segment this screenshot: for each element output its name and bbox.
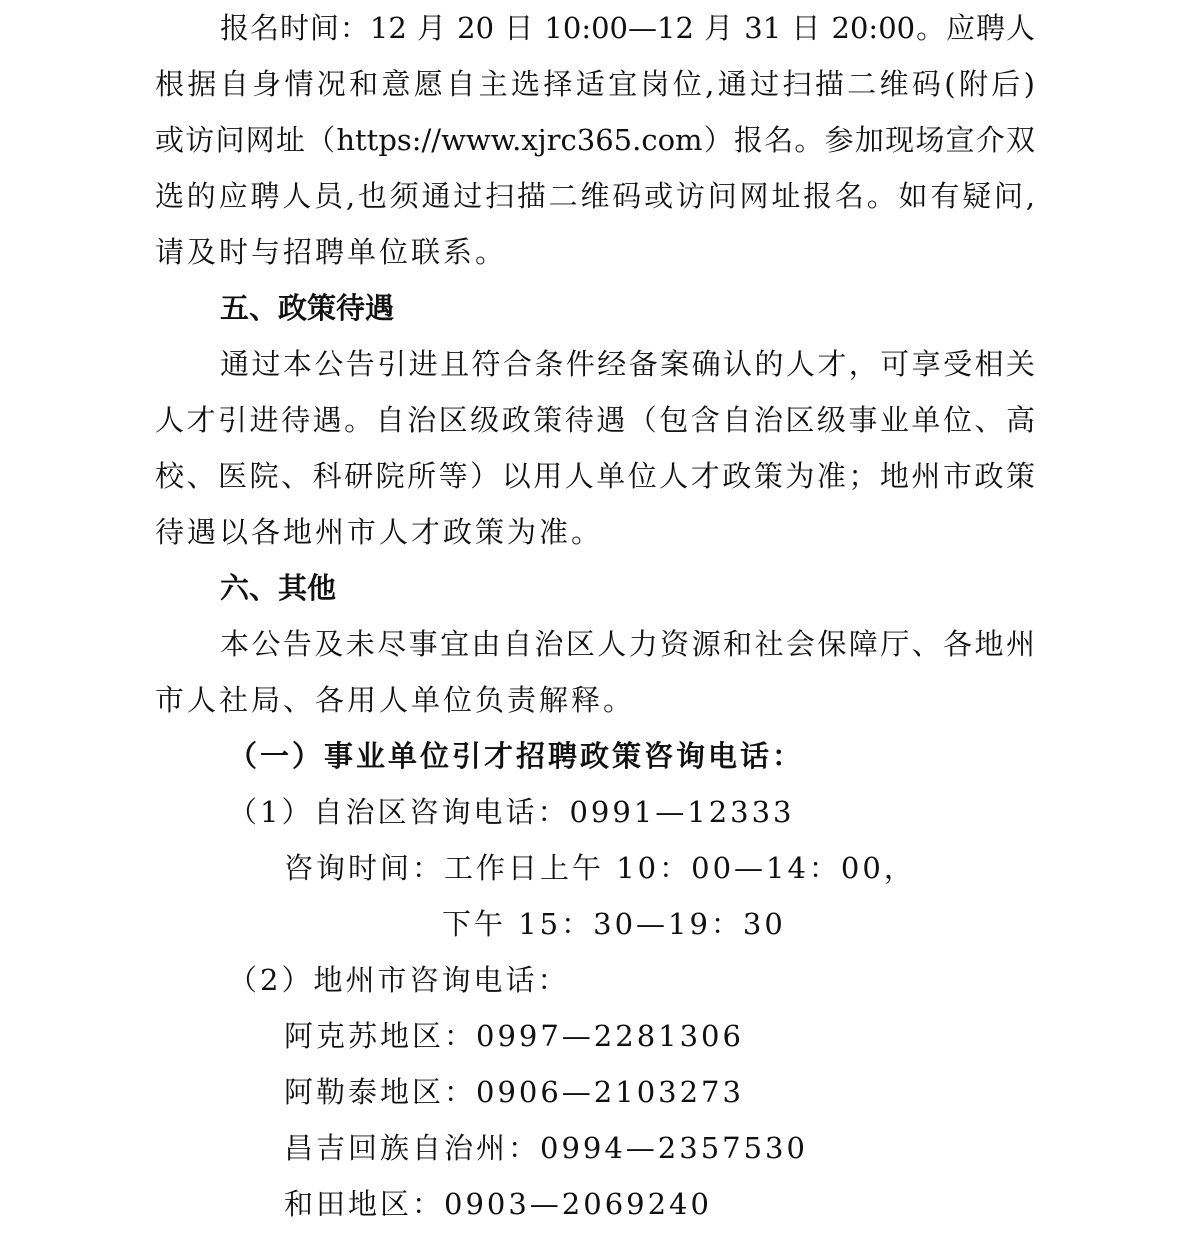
paragraph-line: 选的应聘人员,也须通过扫描二维码或访问网址报名。如有疑问, [155,176,1035,216]
section-heading-other: 六、其他 [220,568,336,608]
paragraph-line: 通过本公告引进且符合条件经备案确认的人才，可享受相关 [220,344,1035,384]
hotline-hours-morning: 咨询时间：工作日上午 10：00—14：00， [284,848,916,888]
section-heading-policy: 五、政策待遇 [220,288,394,328]
paragraph-line: 根据自身情况和意愿自主选择适宜岗位,通过扫描二维码(附后) [155,64,1035,104]
paragraph-line: 或访问网址（https://www.xjrc365.com）报名。参加现场宣介双 [155,120,1035,160]
paragraph-line: 市人社局、各用人单位负责解释。 [155,680,635,720]
contact-changji: 昌吉回族自治州：0994—2357530 [284,1128,808,1168]
paragraph-line: 人才引进待遇。自治区级政策待遇（包含自治区级事业单位、高 [155,400,1035,440]
hotline-prefectures-heading: （2）地州市咨询电话： [228,960,569,1000]
paragraph-line: 本公告及未尽事宜由自治区人力资源和社会保障厅、各地州 [220,624,1035,664]
subsection-heading-hotline: （一）事业单位引才招聘政策咨询电话： [228,736,804,776]
paragraph-line: 请及时与招聘单位联系。 [155,232,507,272]
paragraph-line: 报名时间：12 月 20 日 10:00—12 月 31 日 20:00。应聘人… [220,8,1035,48]
paragraph-line: 待遇以各地州市人才政策为准。 [155,512,603,552]
contact-altay: 阿勒泰地区：0906—2103273 [284,1072,744,1112]
paragraph-line: 校、医院、科研院所等）以用人单位人才政策为准；地州市政策 [155,456,1035,496]
hotline-regional: （1）自治区咨询电话：0991—12333 [228,792,795,832]
hotline-hours-afternoon: 下午 15：30—19：30 [442,904,786,944]
contact-aksu: 阿克苏地区：0997—2281306 [284,1016,744,1056]
contact-hotan: 和田地区：0903—2069240 [284,1184,712,1224]
